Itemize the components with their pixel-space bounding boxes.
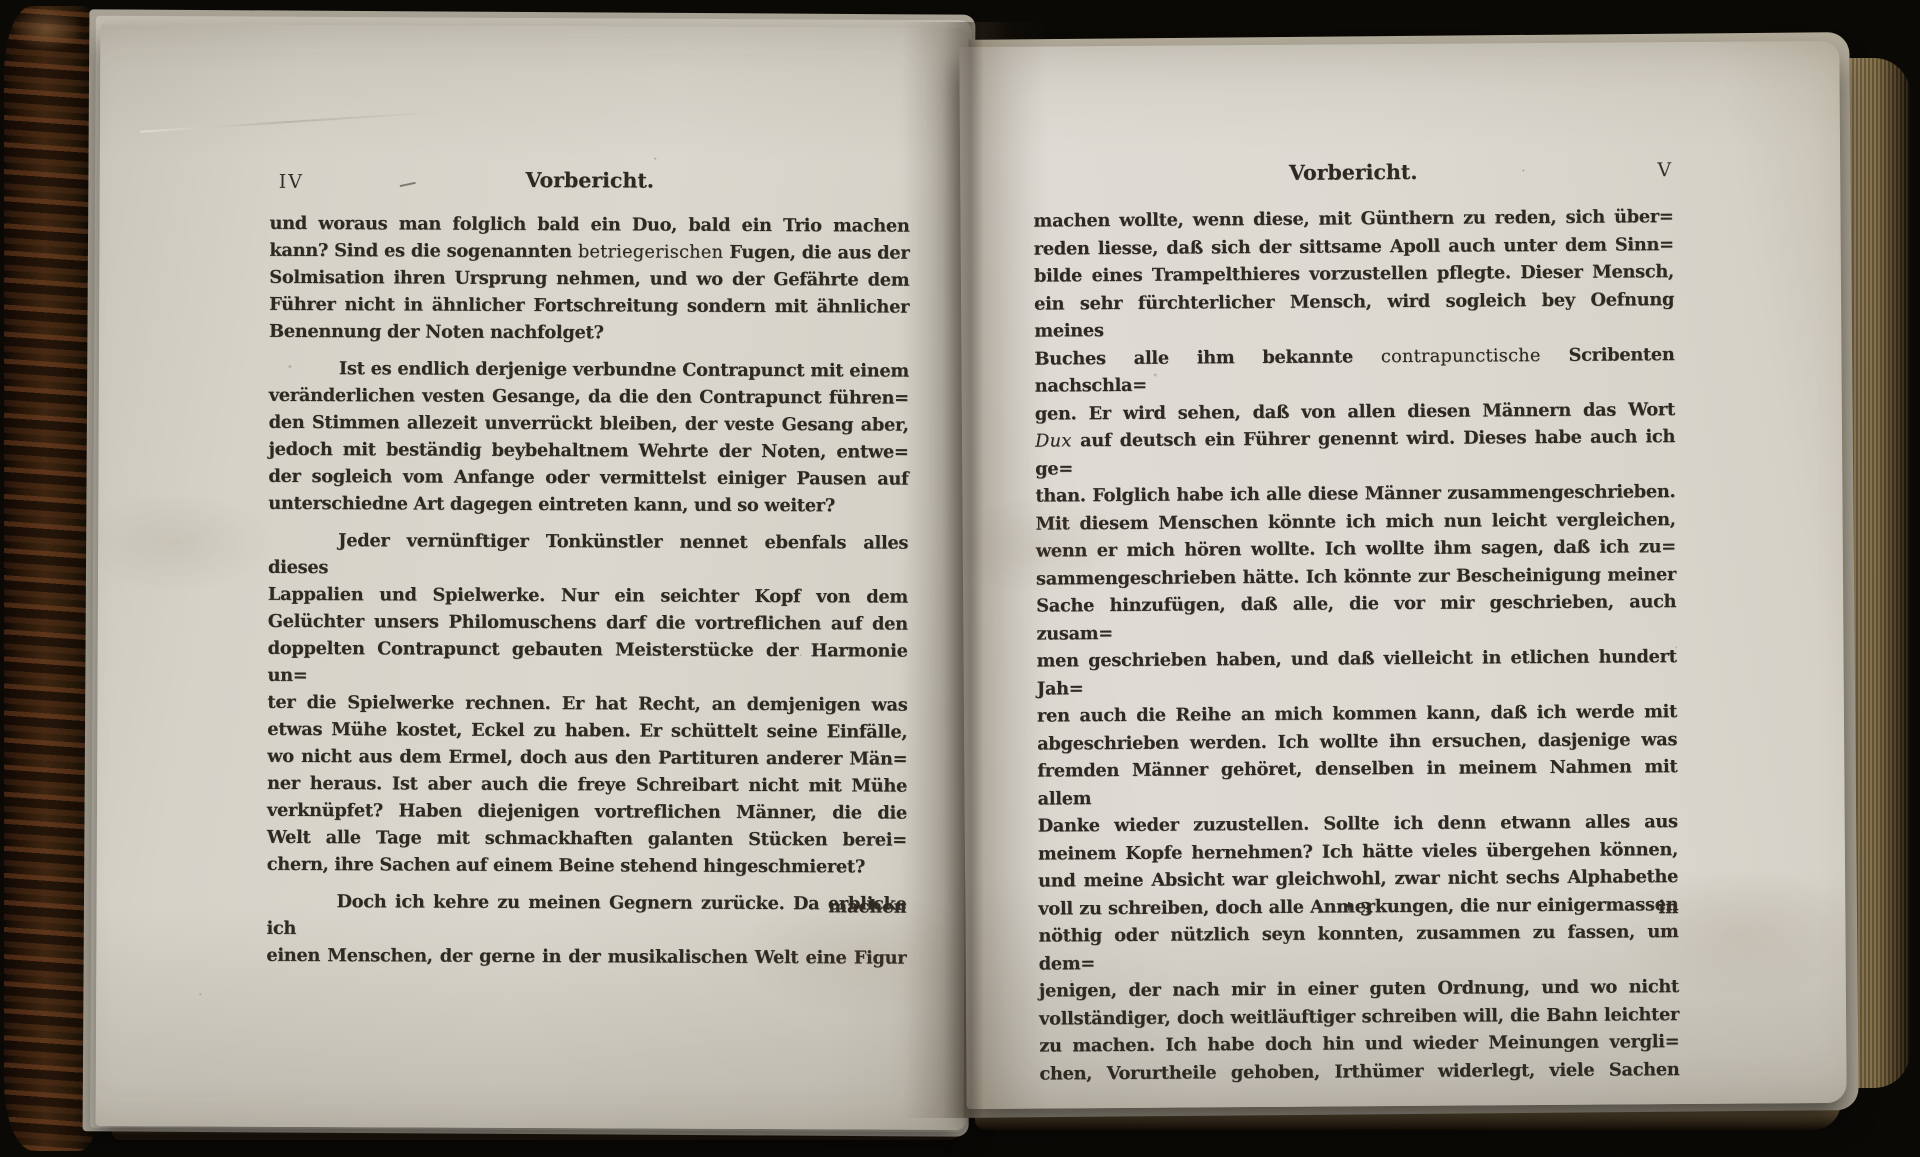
photo-backdrop: { "photo": { "background_color": "#0b090… (0, 0, 1920, 1157)
text-line: ein sehr fürchterlicher Mensch, wird sog… (1034, 286, 1674, 345)
text-line: veränderlichen vesten Gesange, da die de… (269, 382, 909, 412)
text-line: Gelüchter unsers Philomuschens darf die … (268, 608, 908, 638)
signature-row: * 3 in (1038, 897, 1678, 922)
left-page: IV Vorbericht. und woraus man folglich b… (96, 24, 969, 1130)
text-line: Solmisation ihren Ursprung nehmen, und w… (269, 264, 909, 294)
text-line: nöthig oder nützlich seyn konnten, zusam… (1038, 918, 1678, 977)
right-catchword: in (1658, 897, 1678, 918)
left-page-text: und woraus man folglich bald ein Duo, ba… (266, 210, 909, 972)
text-line: Sache hinzufügen, daß alle, die vor mir … (1036, 588, 1676, 647)
text-line: Führer nicht in ähnlicher Fortschreitung… (269, 291, 909, 321)
text-line: meinem Kopfe hernehmen? Ich hätte vieles… (1038, 836, 1678, 868)
book-spine-edge (4, 6, 94, 1151)
text-line: machen wollte, wenn diese, mit Günthern … (1033, 203, 1673, 235)
book-photo: IV Vorbericht. und woraus man folglich b… (0, 0, 1920, 1157)
text-line: ner heraus. Ist aber auch die freye Schr… (267, 770, 907, 800)
text-line: jenigen, der nach mir in einer guten Ord… (1039, 973, 1679, 1005)
text-line: doppelten Contrapunct gebauten Meisterst… (268, 635, 908, 692)
text-line: etwas Mühe kostet, Eckel zu haben. Er sc… (267, 716, 907, 746)
text-line: abgeschrieben werden. Ich wollte ihn ers… (1037, 726, 1677, 758)
text-line: unterschiedne Art dagegen eintreten kann… (268, 490, 908, 520)
paper-crease (140, 111, 439, 133)
text-line: Dux auf deutsch ein Führer genennt wird.… (1035, 423, 1675, 482)
text-line: ren auch die Reihe an mich kommen kann, … (1037, 698, 1677, 730)
text-line: wenn er mich hören wollte. Ich wollte ih… (1036, 533, 1676, 565)
text-line: chen, Vorurtheile gehoben, Irthümer wide… (1039, 1056, 1679, 1088)
text-line: und woraus man folglich bald ein Duo, ba… (269, 210, 909, 240)
text-line: bilde eines Trampelthieres vorzustellen … (1034, 258, 1674, 290)
text-line: Lappalien und Spielwerke. Nur ein seicht… (268, 581, 908, 611)
text-segment: Buches alle ihm bekannte (1034, 346, 1381, 369)
text-line: Welt alle Tage mit schmackhaften galante… (267, 824, 907, 854)
text-segment: auf deutsch ein Führer genennt wird. Die… (1035, 426, 1675, 479)
right-page-number: V (1600, 159, 1673, 182)
text-segment: Fugen, die aus der (723, 242, 909, 264)
text-line: den Stimmen allezeit unverrückt bleiben,… (269, 409, 909, 439)
left-running-header: Vorbericht. (270, 167, 910, 194)
text-line: der sogleich vom Anfange oder vermittels… (268, 463, 908, 493)
text-line: Benennung der Noten nachfolget? (269, 318, 909, 348)
text-line: kann? Sind es die sogenannten betriegeri… (269, 237, 909, 267)
text-line: fremden Männer gehöret, denselben in mei… (1037, 753, 1677, 812)
text-line: chern, ihre Sachen auf einem Beine stehe… (267, 851, 907, 881)
text-segment-antiqua: betriegerischen (578, 241, 723, 263)
text-line: jedoch mit beständig beybehaltnem Wehrte… (268, 436, 908, 466)
left-catchword: machen (267, 894, 907, 918)
text-line: ter die Spielwerke rechnen. Er hat Recht… (267, 689, 907, 719)
text-line: zu machen. Ich habe doch hin und wieder … (1039, 1028, 1679, 1060)
text-line: men geschrieben haben, und daß vielleich… (1036, 643, 1676, 702)
text-segment-antiqua: contrapunctische (1381, 345, 1541, 367)
text-line: Jeder vernünftiger Tonkünstler nennet eb… (268, 527, 908, 584)
right-running-header: Vorbericht. (1033, 158, 1673, 186)
text-segment: kann? Sind es die sogenannten (269, 240, 578, 262)
text-line: Danke wieder zuzustellen. Sollte ich den… (1038, 808, 1678, 840)
text-line: Ist es endlich derjenige verbundne Contr… (269, 355, 909, 385)
text-line: verknüpfet? Haben diejenigen vortreflich… (267, 797, 907, 827)
text-line: wo nicht aus dem Ermel, doch aus den Par… (267, 743, 907, 773)
right-page: Vorbericht. V machen wollte, wenn diese,… (959, 41, 1846, 1109)
text-line: einen Menschen, der gerne in der musikal… (266, 942, 906, 972)
text-segment-italic: Dux (1035, 430, 1072, 451)
text-line: und meine Absicht war gleichwohl, zwar n… (1038, 863, 1678, 895)
signature-mark: * 3 (1344, 899, 1372, 920)
text-line: Buches alle ihm bekannte contrapunctisch… (1034, 341, 1674, 400)
right-page-text: machen wollte, wenn diese, mit Günthern … (1033, 203, 1679, 1087)
text-line: than. Folglich habe ich alle diese Männe… (1035, 478, 1675, 510)
